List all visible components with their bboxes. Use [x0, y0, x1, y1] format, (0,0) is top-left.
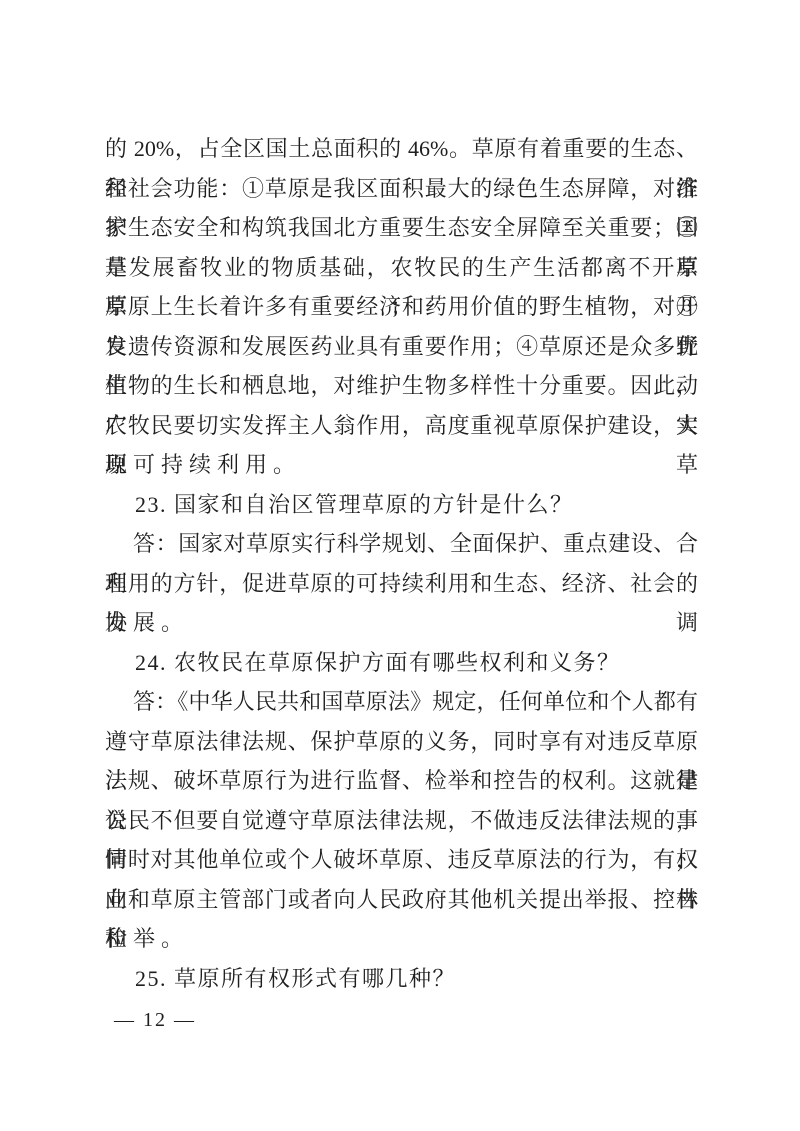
text-line: 农牧民要切实发挥主人翁作用，高度重视草原保护建设，实现草	[105, 406, 698, 446]
text-line: 遵守草原法律法规、保护草原的义务，同时享有对违反草原法律	[105, 722, 698, 762]
text-line: 家生态安全和构筑我国北方重要生态安全屏障至关重要；②草原	[105, 208, 698, 248]
text-line: 良遗传资源和发展医药业具有重要作用；④草原还是众多野生动	[105, 327, 698, 367]
text-line: 法规、破坏草原行为进行监督、检举和控告的权利。这就是说，	[105, 761, 698, 801]
document-text-block: 的 20%，占全区国土总面积的 46%。草原有着重要的生态、经济 和社会功能：①…	[105, 129, 698, 998]
question-25-heading: 25. 草原所有权形式有哪几种？	[105, 959, 698, 999]
page-number: — 12 —	[114, 1006, 196, 1034]
text-line: 利用的方针，促进草原的可持续利用和生态、经济、社会的协调	[105, 564, 698, 604]
text-line: 公民不但要自觉遵守草原法律法规，不做违反法律法规的事情，	[105, 801, 698, 841]
text-line: 同时对其他单位或个人破坏草原、违反草原法的行为，有权向林	[105, 840, 698, 880]
text-line: 答：《中华人民共和国草原法》规定，任何单位和个人都有	[105, 682, 698, 722]
text-line: 检举。	[105, 919, 698, 959]
text-line: 业和草原主管部门或者向人民政府其他机关提出举报、控告和	[105, 880, 698, 920]
text-line: 的 20%，占全区国土总面积的 46%。草原有着重要的生态、经济	[105, 129, 698, 169]
text-line: 是发展畜牧业的物质基础，农牧民的生产生活都离不开草原；③	[105, 248, 698, 288]
text-line: 和社会功能：①草原是我区面积最大的绿色生态屏障，对维护国	[105, 169, 698, 209]
question-23-heading: 23. 国家和自治区管理草原的方针是什么？	[105, 485, 698, 525]
text-line: 答：国家对草原实行科学规划、全面保护、重点建设、合理	[105, 524, 698, 564]
text-line: 草原上生长着许多有重要经济和药用价值的野生植物，对开发优	[105, 287, 698, 327]
text-line: 植物的生长和栖息地，对维护生物多样性十分重要。因此，广大	[105, 366, 698, 406]
question-24-heading: 24. 农牧民在草原保护方面有哪些权利和义务？	[105, 643, 698, 683]
document-page: 的 20%，占全区国土总面积的 46%。草原有着重要的生态、经济 和社会功能：①…	[0, 0, 800, 1131]
